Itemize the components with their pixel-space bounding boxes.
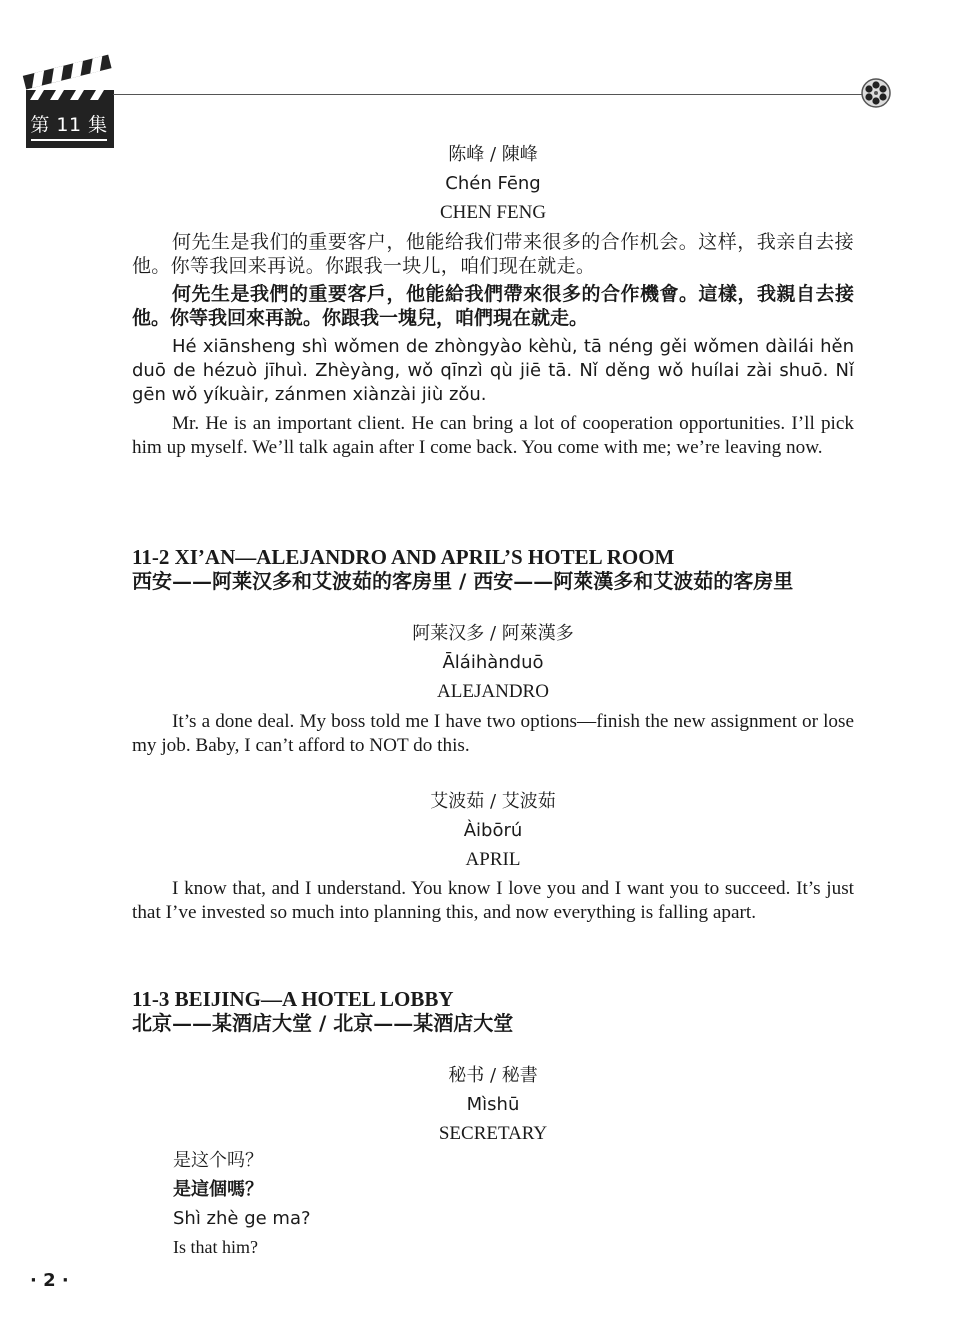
dialogue-english: I know that, and I understand. You know … (132, 877, 854, 925)
speaker-name-zh: 阿莱汉多 / 阿萊漢多 (0, 619, 960, 648)
speaker-name-pinyin: Chén Fēng (0, 169, 960, 198)
speaker-name-en: CHEN FENG (0, 198, 960, 227)
speaker-name-zh: 艾波茹 / 艾波茹 (0, 787, 960, 816)
dialogue-traditional: 是這個嗎？ (173, 1175, 263, 1204)
speaker-name-zh: 秘书 / 秘書 (0, 1061, 960, 1090)
dialogue-pinyin: Hé xiānsheng shì wǒmen de zhòngyào kèhù,… (132, 335, 854, 407)
dialogue-english: Is that him? (173, 1233, 258, 1262)
dialogue-simplified: 是这个吗？ (173, 1146, 263, 1175)
speaker-name-pinyin: Mìshū (0, 1090, 960, 1119)
episode-label: 第 11 集 (27, 110, 111, 137)
dialogue-pinyin: Shì zhè ge ma? (173, 1204, 311, 1233)
speaker-name-pinyin: Àibōrú (0, 816, 960, 845)
scene-title-zh: 北京——某酒店大堂 / 北京——某酒店大堂 (132, 1011, 854, 1036)
speaker-name-en: ALEJANDRO (0, 677, 960, 706)
page-number: · 2 · (30, 1270, 69, 1291)
scene-title-zh: 西安——阿莱汉多和艾波茹的客房里 / 西安——阿萊漢多和艾波茹的客房里 (132, 569, 854, 594)
header-rule (113, 94, 865, 95)
speaker-name-pinyin: Āláihànduō (0, 648, 960, 677)
film-reel-icon (860, 77, 892, 109)
dialogue-simplified: 何先生是我们的重要客户，他能给我们带来很多的合作机会。这样，我亲自去接他。你等我… (132, 230, 854, 278)
scene-title-en: 11-3 BEIJING—A HOTEL LOBBY (132, 988, 854, 1011)
dialogue-english: It’s a done deal. My boss told me I have… (132, 710, 854, 758)
dialogue-traditional: 何先生是我們的重要客戶，他能給我們帶來很多的合作機會。這樣，我親自去接他。你等我… (132, 282, 854, 330)
speaker-name-zh: 陈峰 / 陳峰 (0, 140, 960, 169)
dialogue-english: Mr. He is an important client. He can br… (132, 412, 854, 460)
speaker-name-en: APRIL (0, 845, 960, 874)
scene-title-en: 11-2 XI’AN—ALEJANDRO AND APRIL’S HOTEL R… (132, 546, 854, 569)
speaker-name-en: SECRETARY (0, 1119, 960, 1148)
